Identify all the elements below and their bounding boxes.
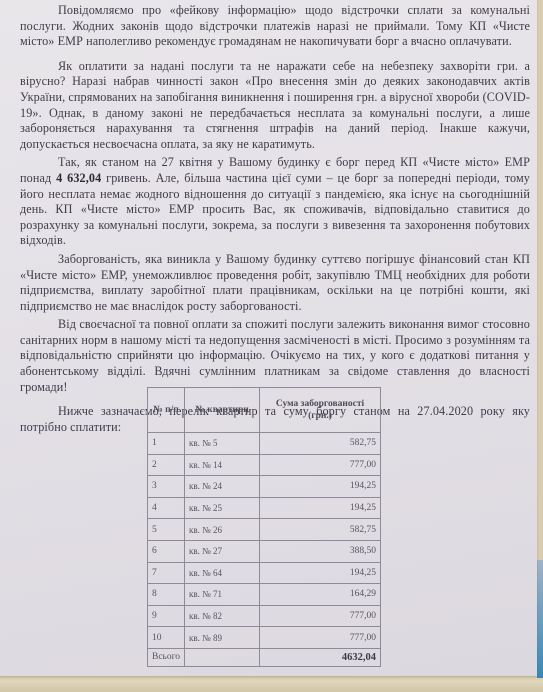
table-header-row: № п/п № квартири Сума заборгованості (гр… <box>148 388 381 433</box>
debt-sum: 582,75 <box>260 519 381 541</box>
total-label: Всього <box>148 648 185 666</box>
table-row: 4кв. № 25194,25 <box>148 497 381 519</box>
debt-amount-highlight: 4 632,04 <box>56 171 101 185</box>
debt-sum: 194,25 <box>260 497 381 519</box>
row-number: 1 <box>148 433 185 455</box>
table-row: 3кв. № 24194,25 <box>148 476 381 498</box>
row-number: 7 <box>148 562 185 584</box>
paragraph-text: Від своєчасної та повної оплати за спожи… <box>20 317 530 393</box>
background-surface <box>0 674 543 692</box>
table-row: 8кв. № 71164,29 <box>148 584 381 606</box>
table-row: 2кв. № 14777,00 <box>148 454 381 476</box>
apartment-number: кв. № 27 <box>185 540 260 562</box>
debt-sum: 194,25 <box>260 562 381 584</box>
debt-sum: 777,00 <box>260 627 381 649</box>
notice-paragraph: Повідомляємо про «фейкову інформацію» що… <box>20 3 530 50</box>
notice-paper: Повідомляємо про «фейкову інформацію» що… <box>0 0 537 676</box>
row-number: 3 <box>148 476 185 498</box>
background-blue-edge <box>537 560 543 678</box>
total-empty <box>185 648 260 666</box>
table-row: 5кв. № 26582,75 <box>148 519 381 541</box>
apartment-number: кв. № 24 <box>185 476 260 498</box>
debt-sum: 164,29 <box>260 584 381 606</box>
paragraph-text: Повідомляємо про «фейкову інформацію» що… <box>20 3 530 48</box>
table-row: 7кв. № 64194,25 <box>148 562 381 584</box>
debt-sum: 388,50 <box>260 540 381 562</box>
row-number: 2 <box>148 454 185 476</box>
row-number: 10 <box>148 627 185 649</box>
row-number: 5 <box>148 519 185 541</box>
apartment-number: кв. № 14 <box>185 454 260 476</box>
notice-paragraph: Від своєчасної та повної оплати за спожи… <box>20 317 530 395</box>
paragraph-text: Як оплатити за надані послуги та не нара… <box>20 59 530 151</box>
debt-sum: 777,00 <box>260 605 381 627</box>
header-debt-sum: Сума заборгованості (грн.) <box>260 388 381 433</box>
debt-sum: 194,25 <box>260 476 381 498</box>
notice-paragraph: Так, як станом на 27 квітня у Вашому буд… <box>20 155 530 249</box>
row-number: 9 <box>148 605 185 627</box>
notice-paragraph: Заборгованість, яка виникла у Вашому буд… <box>20 252 530 314</box>
total-sum: 4632,04 <box>260 648 381 666</box>
apartment-number: кв. № 71 <box>185 584 260 606</box>
notice-paragraph: Як оплатити за надані послуги та не нара… <box>20 59 530 153</box>
apartment-number: кв. № 82 <box>185 605 260 627</box>
debt-table: № п/п № квартири Сума заборгованості (гр… <box>147 387 381 667</box>
apartment-number: кв. № 64 <box>185 562 260 584</box>
header-row-number: № п/п <box>148 388 185 433</box>
debt-sum: 777,00 <box>260 454 381 476</box>
apartment-number: кв. № 26 <box>185 519 260 541</box>
paragraph-text: Заборгованість, яка виникла у Вашому буд… <box>20 252 530 313</box>
apartment-number: кв. № 5 <box>185 433 260 455</box>
table-row: 6кв. № 27388,50 <box>148 540 381 562</box>
row-number: 6 <box>148 540 185 562</box>
table-row: 9кв. № 82777,00 <box>148 605 381 627</box>
table-total-row: Всього4632,04 <box>148 648 381 666</box>
row-number: 4 <box>148 497 185 519</box>
notice-text: Повідомляємо про «фейкову інформацію» що… <box>20 3 530 438</box>
apartment-number: кв. № 25 <box>185 497 260 519</box>
apartment-number: кв. № 89 <box>185 627 260 649</box>
table-row: 10кв. № 89777,00 <box>148 627 381 649</box>
debt-sum: 582,75 <box>260 433 381 455</box>
row-number: 8 <box>148 584 185 606</box>
header-apartment: № квартири <box>185 388 260 433</box>
table-row: 1кв. № 5582,75 <box>148 433 381 455</box>
